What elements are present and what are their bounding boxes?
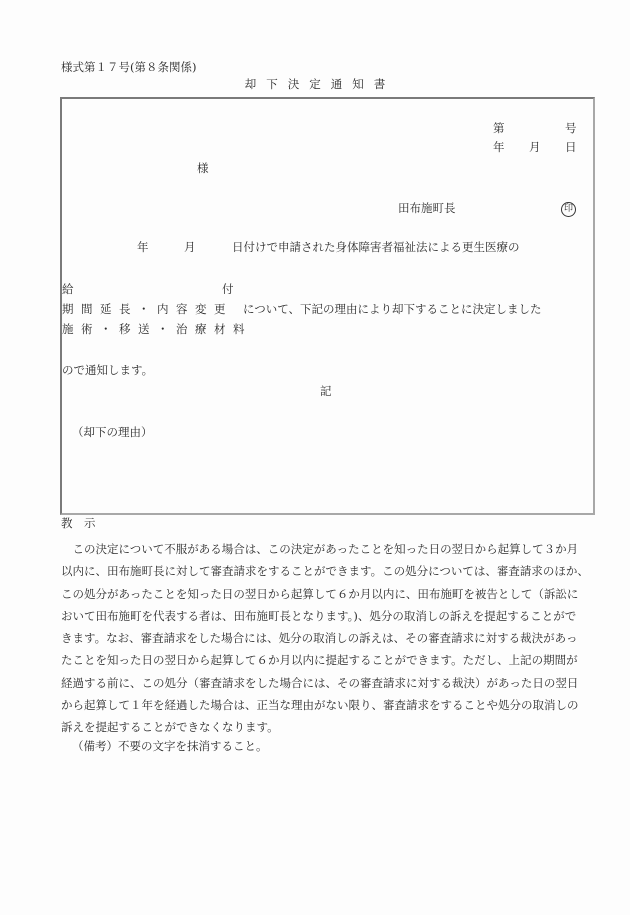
date-day: 日 <box>565 142 577 154</box>
instruction-line: 訴えを提起することができなくなります。 <box>61 716 591 738</box>
application-month: 月 <box>184 242 196 254</box>
instruction-line: 以内に、田布施町長に対して審査請求をすることができます。この処分については、審査… <box>61 560 591 582</box>
form-number: 様式第１７号(第８条関係) <box>61 62 196 74</box>
instruction-line: たことを知った日の翌日から起算して６か月以内に提起することができます。ただし、上… <box>61 649 591 671</box>
ki-heading: 記 <box>320 386 332 398</box>
closing-text: ので通知します。 <box>62 365 153 377</box>
instruction-line: おいて田布施町を代表する者は、田布施町長となります。)、処分の取消しの訴えを提起… <box>61 605 591 627</box>
instruction-heading: 教 示 <box>61 518 96 530</box>
doc-number-prefix: 第 <box>493 123 505 135</box>
option-kyufu-2: 付 <box>222 284 234 296</box>
instruction-body: この決定について不服がある場合は、この決定があったことを知った日の翌日から起算し… <box>61 538 591 739</box>
seal-icon: 印 <box>561 202 576 217</box>
instruction-line: 経過する前に、この処分（審査請求をした場合には、その審査請求に対する裁決）があっ… <box>61 672 591 694</box>
instruction-line: から起算して１年を経過した場合は、正当な理由がない限り、審査請求をすることや処分… <box>61 694 591 716</box>
option-kyufu-1: 給 <box>62 284 74 296</box>
issuer-name: 田布施町長 <box>398 203 456 215</box>
decision-text: について、下記の理由により却下することに決定しました <box>243 304 542 316</box>
application-year: 年 <box>137 242 149 254</box>
instruction-line: この決定について不服がある場合は、この決定があったことを知った日の翌日から起算し… <box>61 538 591 560</box>
doc-number-suffix: 号 <box>565 123 577 135</box>
application-text: 日付けで申請された身体障害者福祉法による更生医療の <box>232 242 520 254</box>
date-month: 月 <box>529 142 541 154</box>
document-title: 却下決定通知書 <box>0 79 630 91</box>
option-treatment: 施術・移送・治療材料 <box>62 324 252 336</box>
remarks-note: （備考）不要の文字を抹消すること。 <box>72 741 268 753</box>
addressee-suffix: 様 <box>197 163 209 175</box>
instruction-line: きます。なお、審査請求をした場合には、処分の取消しの訴えは、その審査請求に対する… <box>61 627 591 649</box>
option-period-extension: 期間延長・内容変更 <box>62 304 233 316</box>
date-year: 年 <box>493 142 505 154</box>
instruction-line: この処分があったことを知った日の翌日から起算して６か月以内に、田布施町を被告とし… <box>61 583 591 605</box>
reason-label: （却下の理由） <box>72 427 153 439</box>
